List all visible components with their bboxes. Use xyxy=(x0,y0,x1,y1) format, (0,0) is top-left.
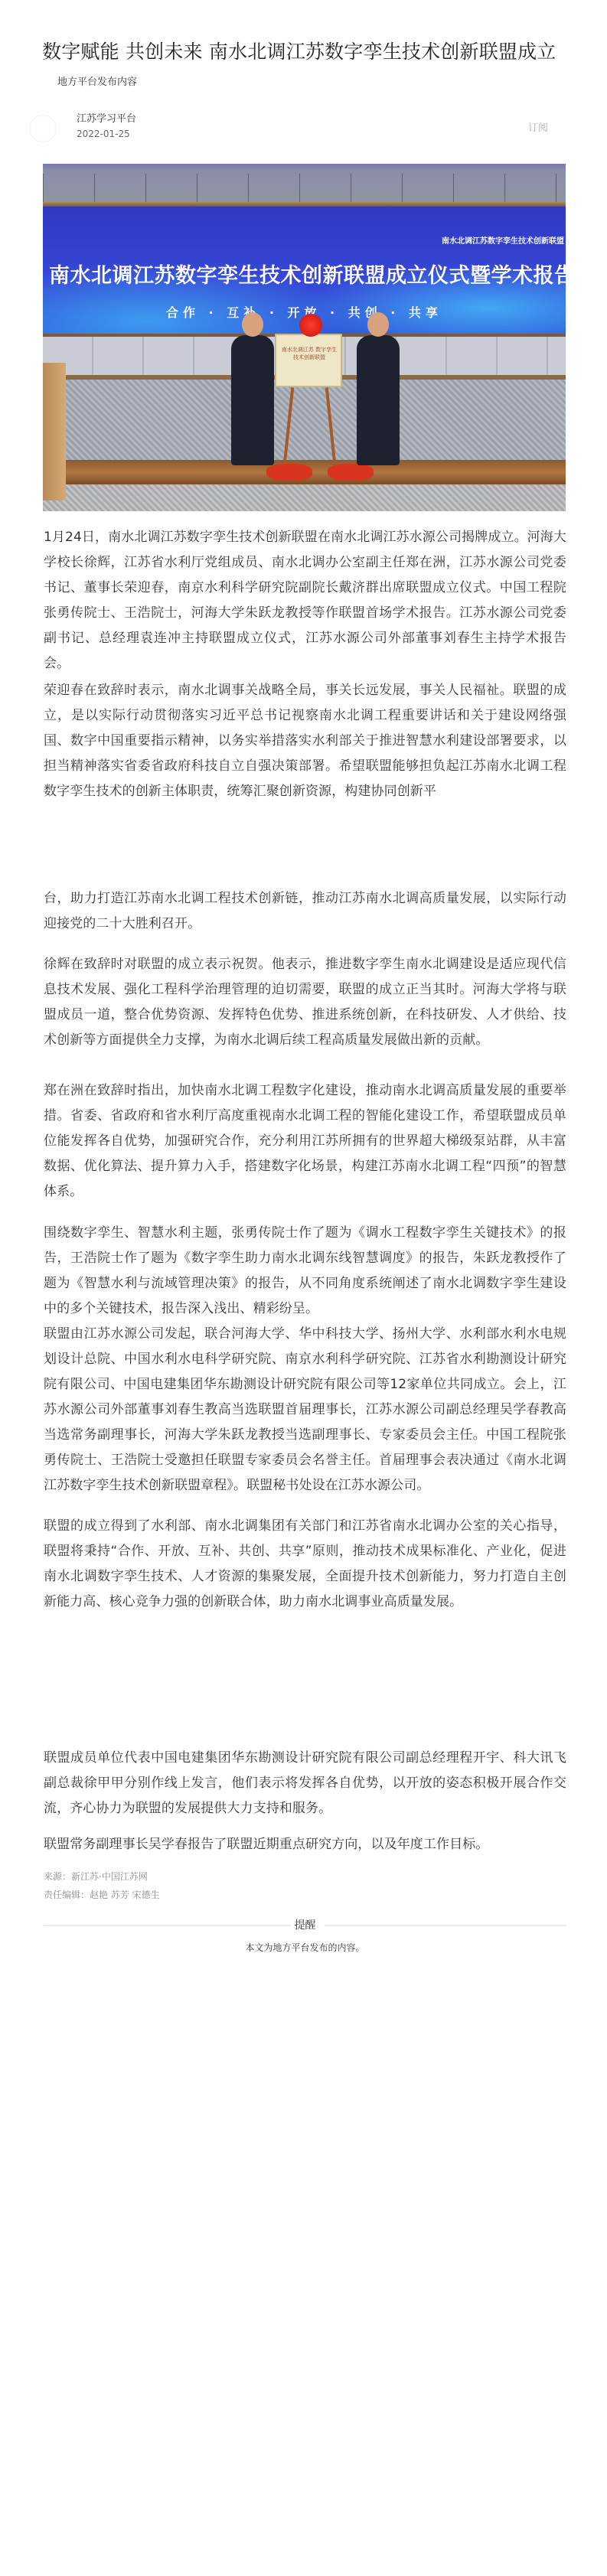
editor-line: 责任编辑：赵艳 苏芳 宋德生 xyxy=(44,1887,160,1903)
paragraph-2: 荣迎春在致辞时表示，南水北调事关战略全局，事关长远发展，事关人民福祉。联盟的成立… xyxy=(44,678,566,804)
ceiling-panels xyxy=(43,174,566,202)
banner-small-text: 南水北调江苏数字孪生技术创新联盟 xyxy=(442,234,564,246)
podium xyxy=(43,363,66,501)
paragraph-3: 徐辉在致辞时对联盟的成立表示祝贺。他表示，推进数字孪生南水北调建设是适应现代信息… xyxy=(44,952,566,1053)
author-row: 江苏学习平台 2022-01-25 订阅 xyxy=(29,112,565,145)
paragraph-1: 1月24日，南水北调江苏数字孪生技术创新联盟在南水北调江苏水源公司揭牌成立。河海… xyxy=(44,525,566,677)
avatar-icon[interactable] xyxy=(29,115,57,142)
paragraph-5: 围绕数字孪生、智慧水利主题，张勇传院士作了题为《调水工程数字孪生关键技术》的报告… xyxy=(44,1221,566,1322)
red-bow-icon xyxy=(299,314,322,337)
red-cloth-left xyxy=(266,464,312,481)
article-title: 数字赋能 共创未来 南水北调江苏数字孪生技术创新联盟成立 xyxy=(42,38,578,66)
paragraph-8: 联盟成员单位代表中国电建集团华东勘测设计研究院有限公司副总经理程开宇、科大讯飞副… xyxy=(44,1746,566,1821)
reminder-note: 本文为地方平台发布的内容。 xyxy=(44,1940,566,1955)
paragraph-9: 联盟常务副理事长吴学春报告了联盟近期重点研究方向，以及年度工作目标。 xyxy=(44,1832,566,1857)
plaque-text: 南水北调江苏 数字孪生技术创新联盟 xyxy=(279,346,339,361)
banner-main-text: 南水北调江苏数字孪生技术创新联盟成立仪式暨学术报告会 xyxy=(49,263,562,289)
paragraph-2-continued: 台，助力打造江苏南水北调工程技术创新链，推动江苏南水北调高质量发展，以实际行动迎… xyxy=(44,886,566,937)
alliance-plaque: 南水北调江苏 数字孪生技术创新联盟 xyxy=(275,334,342,387)
source-line: 来源：新江苏·中国江苏网 xyxy=(44,1869,148,1884)
person-right xyxy=(357,335,400,465)
person-left xyxy=(231,335,274,465)
paragraph-6: 联盟由江苏水源公司发起，联合河海大学、华中科技大学、扬州大学、水利部水利水电规划… xyxy=(44,1322,566,1498)
paragraph-4: 郑在洲在致辞时指出，加快南水北调工程数字化建设，推动南水北调高质量发展的重要举措… xyxy=(44,1078,566,1205)
subscribe-button[interactable]: 订阅 xyxy=(528,122,548,135)
hero-image: 南水北调江苏数字孪生技术创新联盟 南水北调江苏数字孪生技术创新联盟成立仪式暨学术… xyxy=(43,164,566,511)
red-cloth-right xyxy=(328,464,374,481)
divider-line-right xyxy=(325,1925,566,1926)
hall-floor xyxy=(43,484,566,511)
person-head xyxy=(367,312,389,337)
article-subtitle: 地方平台发布内容 xyxy=(57,75,137,90)
paragraph-7: 联盟的成立得到了水利部、南水北调集团有关部门和江苏省南水北调办公室的关心指导，联… xyxy=(44,1514,566,1615)
publish-date: 2022-01-25 xyxy=(77,127,130,141)
reminder-divider: 提醒 xyxy=(44,1917,566,1934)
author-name[interactable]: 江苏学习平台 xyxy=(77,112,136,127)
stage-floor xyxy=(43,380,566,460)
person-head xyxy=(242,312,263,337)
